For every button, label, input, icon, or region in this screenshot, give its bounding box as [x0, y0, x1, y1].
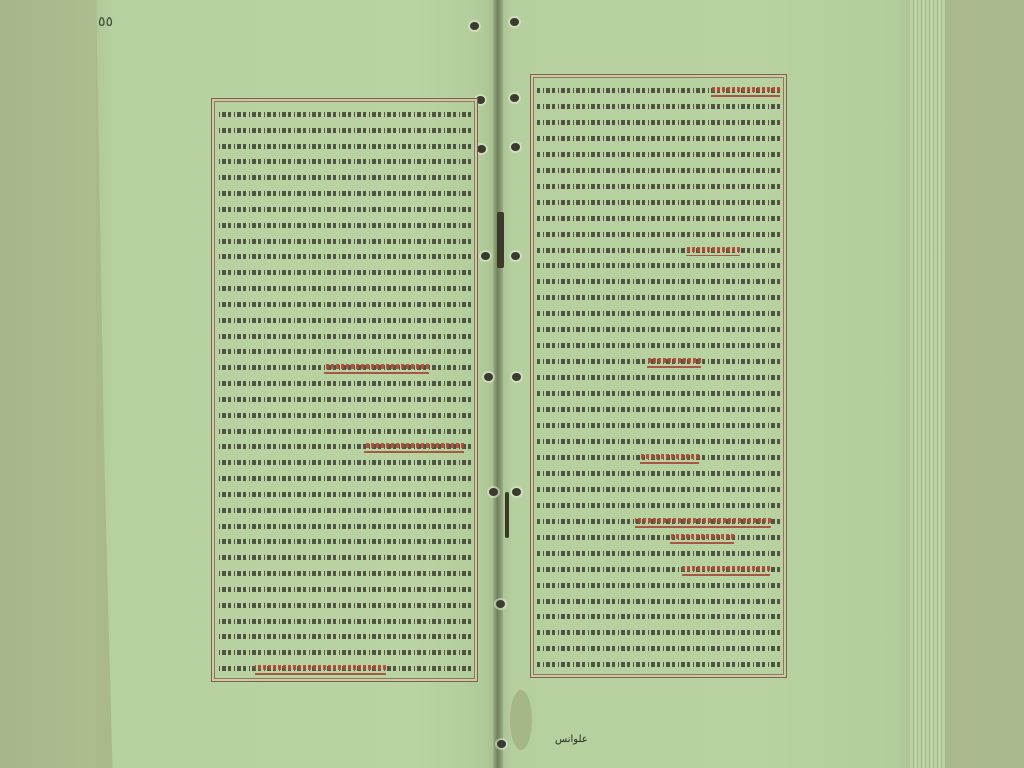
text-line	[218, 327, 471, 343]
text-line	[537, 639, 780, 655]
text-line	[218, 627, 471, 643]
text-line	[537, 384, 780, 400]
text-line	[537, 512, 780, 528]
text-line	[537, 592, 780, 608]
table-surface-left	[0, 0, 96, 768]
catchword: علوانس	[555, 734, 588, 745]
text-line	[537, 368, 780, 384]
text-line	[537, 560, 780, 576]
text-line	[218, 247, 471, 263]
text-line	[537, 464, 780, 480]
text-line	[218, 501, 471, 517]
text-line	[537, 161, 780, 177]
text-line	[537, 655, 780, 671]
text-line	[537, 113, 780, 129]
text-line	[218, 358, 471, 374]
binding-hole	[512, 373, 521, 381]
text-line	[218, 437, 471, 453]
text-line	[218, 200, 471, 216]
text-line	[218, 596, 471, 612]
gutter-tear	[505, 492, 509, 538]
gutter-tear	[497, 212, 504, 268]
binding-hole	[481, 252, 490, 260]
text-line	[218, 311, 471, 327]
rubric-heading	[364, 440, 464, 453]
text-line	[218, 342, 471, 358]
text-line	[537, 496, 780, 512]
binding-hole	[484, 373, 493, 381]
binding-hole	[496, 600, 505, 608]
page-edges	[910, 0, 946, 768]
text-line	[537, 576, 780, 592]
text-line	[537, 528, 780, 544]
text-line	[218, 517, 471, 533]
rubric-heading	[711, 84, 780, 97]
text-line	[218, 643, 471, 659]
text-line	[218, 564, 471, 580]
rubric-heading	[686, 244, 740, 257]
text-line	[218, 137, 471, 153]
left-text-block: قال ان خلماء معنى كوكب الواريث والظلم مث…	[211, 98, 478, 682]
text-line	[537, 241, 780, 257]
rubric-heading	[682, 563, 770, 576]
binding-hole	[510, 94, 519, 102]
text-line	[537, 256, 780, 272]
book-gutter	[493, 0, 503, 768]
text-line	[537, 320, 780, 336]
rubric-heading	[324, 361, 429, 374]
text-line	[537, 352, 780, 368]
text-line	[537, 193, 780, 209]
right-text-lines: والعامع من كتب المنازل فيما الان عشر ملا…	[537, 81, 780, 671]
text-line	[218, 580, 471, 596]
text-line	[537, 432, 780, 448]
text-line	[218, 390, 471, 406]
text-line	[537, 607, 780, 623]
binding-hole	[511, 143, 520, 151]
text-line	[218, 263, 471, 279]
text-line	[218, 548, 471, 564]
text-line	[218, 216, 471, 232]
binding-hole	[511, 252, 520, 260]
text-line	[218, 469, 471, 485]
text-line	[537, 177, 780, 193]
text-line	[537, 336, 780, 352]
text-line	[218, 121, 471, 137]
text-line	[218, 374, 471, 390]
text-line	[218, 406, 471, 422]
text-line	[537, 288, 780, 304]
text-line: قال ان خلماء معنى كوكب الواريث والظلم مث…	[218, 105, 471, 121]
text-line	[537, 209, 780, 225]
text-line	[537, 304, 780, 320]
text-line: والعامع من كتب المنازل فيما الان عشر ملا…	[537, 81, 780, 97]
rubric-heading	[647, 355, 701, 368]
binding-hole	[510, 18, 519, 26]
folio-number: ٥٥	[98, 14, 113, 30]
rubric-heading	[255, 662, 386, 675]
text-line	[218, 152, 471, 168]
text-line	[218, 295, 471, 311]
text-line	[537, 416, 780, 432]
binding-hole	[489, 488, 498, 496]
text-line	[218, 612, 471, 628]
text-line	[218, 168, 471, 184]
binding-hole	[477, 145, 486, 153]
text-line	[537, 448, 780, 464]
text-line	[218, 422, 471, 438]
text-line	[218, 532, 471, 548]
text-line	[537, 623, 780, 639]
binding-hole	[512, 488, 521, 496]
rubric-heading	[635, 515, 771, 528]
left-text-lines: قال ان خلماء معنى كوكب الواريث والظلم مث…	[218, 105, 471, 675]
text-line	[218, 659, 471, 675]
text-line	[537, 145, 780, 161]
text-line	[537, 129, 780, 145]
text-line	[218, 232, 471, 248]
text-line	[537, 272, 780, 288]
rubric-heading	[640, 451, 699, 464]
text-line	[537, 480, 780, 496]
text-line	[218, 485, 471, 501]
text-line	[218, 453, 471, 469]
right-text-block: والعامع من كتب المنازل فيما الان عشر ملا…	[530, 74, 787, 678]
text-line	[537, 544, 780, 560]
text-line	[218, 184, 471, 200]
text-line	[537, 225, 780, 241]
text-line	[218, 279, 471, 295]
text-line	[537, 97, 780, 113]
text-line	[537, 400, 780, 416]
binding-hole	[497, 740, 506, 748]
rubric-heading	[670, 531, 734, 544]
binding-hole	[470, 22, 479, 30]
water-stain	[510, 690, 532, 750]
